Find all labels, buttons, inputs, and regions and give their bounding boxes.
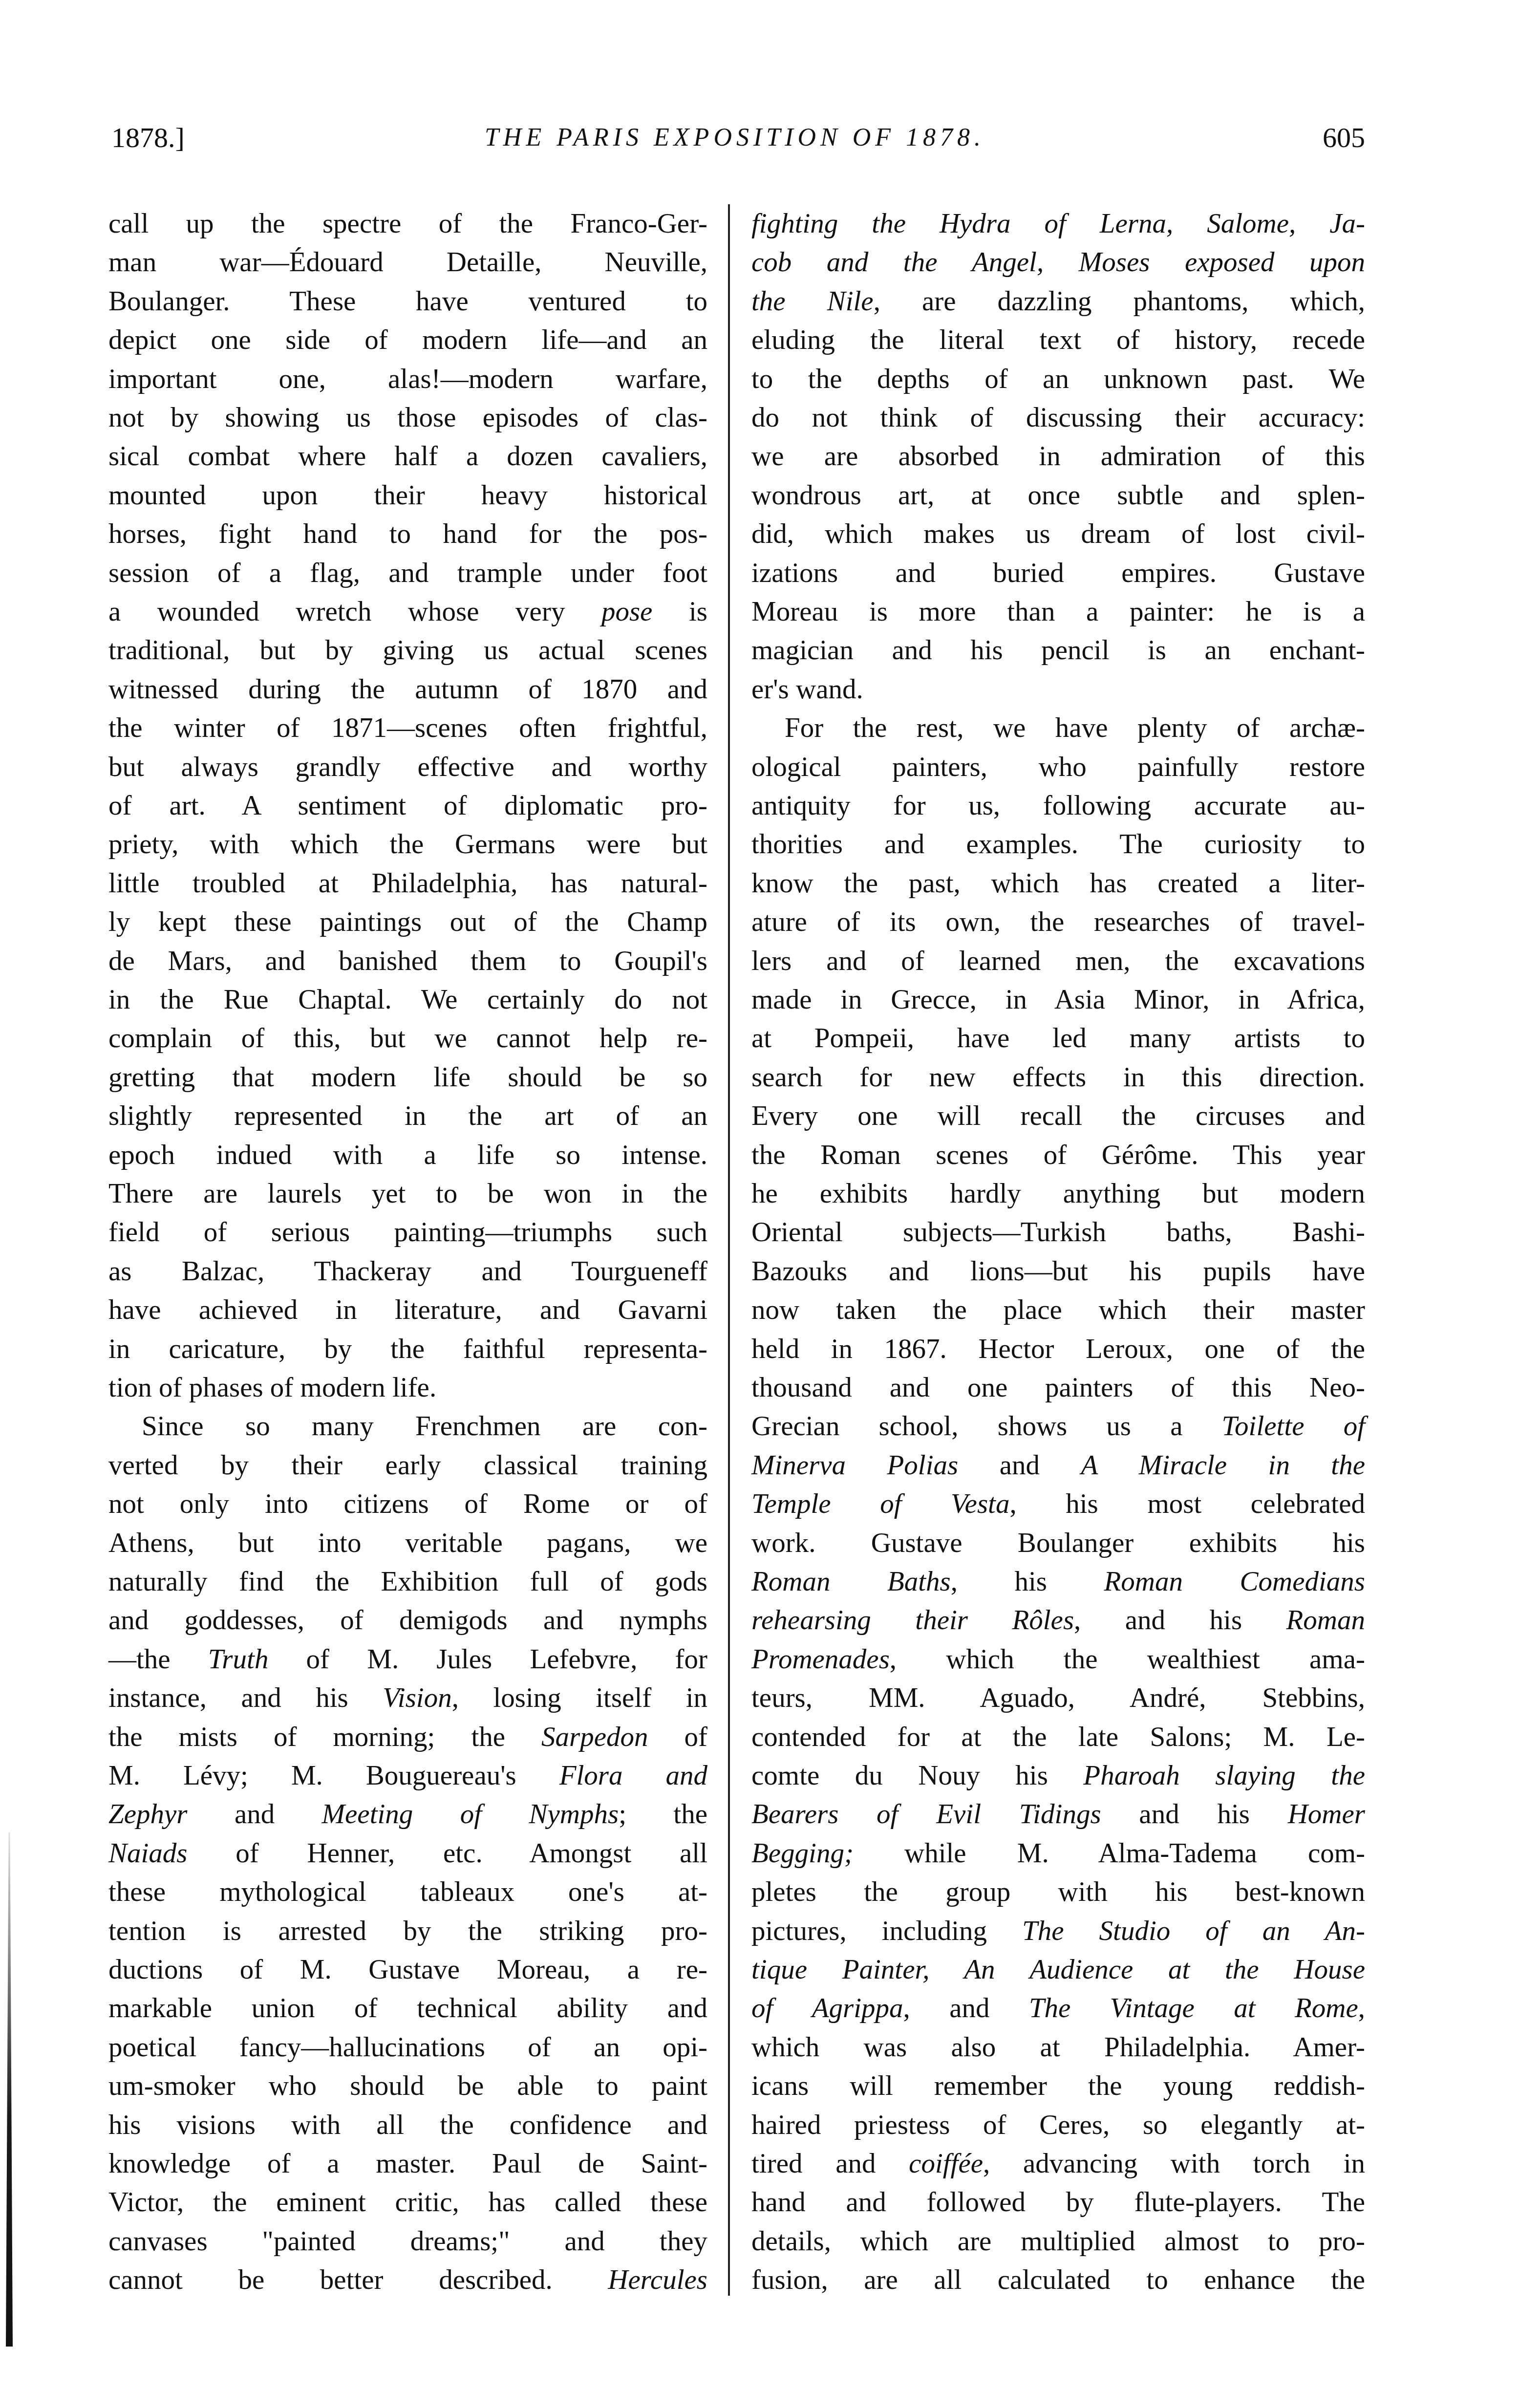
scan-edge-shadow [6, 1832, 13, 2347]
text-line: witnessed during the autumn of 1870 and [108, 670, 707, 709]
text-line: ly kept these paintings out of the Champ [108, 903, 707, 941]
text-run: field of serious painting—triumphs such [108, 1217, 707, 1248]
text-line: work. Gustave Boulanger exhibits his [751, 1524, 1365, 1562]
italic-title: Vision [383, 1682, 451, 1713]
text-line: fusion, are all calculated to enhance th… [751, 2261, 1365, 2299]
text-run: , and his [1074, 1605, 1286, 1636]
text-line: magician and his pencil is an enchant- [751, 631, 1365, 669]
text-line: comte du Nouy his Pharoah slaying the [751, 1756, 1365, 1795]
text-line: er's wand. [751, 670, 1365, 709]
text-line: sical combat where half a dozen cavalier… [108, 437, 707, 475]
text-line: Minerva Polias and A Miracle in the [751, 1446, 1365, 1485]
text-run: now taken the place which their master [751, 1294, 1365, 1325]
text-run: ature of its own, the researches of trav… [751, 906, 1365, 937]
text-line: Oriental subjects—Turkish baths, Bashi- [751, 1213, 1365, 1251]
text-run: sical combat where half a dozen cavalier… [108, 441, 707, 472]
text-line: held in 1867. Hector Leroux, one of the [751, 1330, 1365, 1368]
text-line: man war—Édouard Detaille, Neuville, [108, 243, 707, 281]
text-line: um-smoker who should be able to paint [108, 2067, 707, 2105]
text-line: eluding the literal text of history, rec… [751, 321, 1365, 359]
text-line: Promenades, which the wealthiest ama- [751, 1640, 1365, 1679]
text-run: his visions with all the confidence and [108, 2110, 707, 2140]
text-run: work. Gustave Boulanger exhibits his [751, 1528, 1365, 1558]
text-run: —the [108, 1644, 208, 1675]
text-line: rehearsing their Rôles, and his Roman [751, 1601, 1365, 1639]
text-run: , advancing with torch in [983, 2148, 1365, 2179]
text-run: instance, and his [108, 1682, 383, 1713]
text-run: a wounded wretch whose very [108, 596, 601, 627]
text-line: complain of this, but we cannot help re- [108, 1019, 707, 1057]
italic-title: of Agrippa [751, 1993, 903, 2024]
text-line: these mythological tableaux one's at- [108, 1873, 707, 1911]
text-line: hand and followed by flute-players. The [751, 2183, 1365, 2221]
text-line: lers and of learned men, the excavations [751, 942, 1365, 980]
text-run: depict one side of modern life—and an [108, 324, 707, 355]
text-line: as Balzac, Thackeray and Tourgueneff [108, 1252, 707, 1291]
text-run: and [187, 1799, 321, 1830]
text-line: field of serious painting—triumphs such [108, 1213, 707, 1251]
text-run: which was also at Philadelphia. Amer- [751, 2032, 1365, 2063]
text-run: priety, with which the Germans were but [108, 829, 707, 860]
text-line: Since so many Frenchmen are con- [108, 1407, 707, 1445]
text-run: er's wand. [751, 674, 863, 705]
text-run: slightly represented in the art of an [108, 1100, 707, 1131]
text-run: held in 1867. Hector Leroux, one of the [751, 1334, 1365, 1364]
text-line: knowledge of a master. Paul de Saint- [108, 2144, 707, 2183]
italic-title: fighting the Hydra of Lerna, Salome, Ja- [751, 208, 1365, 239]
italic-title: rehearsing their Rôles [751, 1605, 1074, 1636]
text-run: gretting that modern life should be so [108, 1062, 707, 1093]
text-run: pletes the group with his best-known [751, 1876, 1365, 1907]
italic-title: The Studio of an An- [1022, 1916, 1365, 1946]
italic-title: Begging; [751, 1838, 854, 1869]
text-run: Moreau is more than a painter: he is a [751, 596, 1365, 627]
text-line: did, which makes us dream of lost civil- [751, 515, 1365, 553]
italic-title: Roman Baths [751, 1566, 951, 1597]
text-run: traditional, but by giving us actual sce… [108, 635, 707, 666]
text-line: a wounded wretch whose very pose is [108, 592, 707, 631]
text-run: do not think of discussing their accurac… [751, 402, 1365, 433]
text-run: the mists of morning; the [108, 1722, 541, 1752]
text-line: Boulanger. These have ventured to [108, 282, 707, 321]
text-run: teurs, MM. Aguado, André, Stebbins, [751, 1682, 1365, 1713]
italic-title: Roman [1286, 1605, 1365, 1636]
text-run: not by showing us those episodes of clas… [108, 402, 707, 433]
text-run: um-smoker who should be able to paint [108, 2070, 707, 2101]
text-line: Victor, the eminent critic, has called t… [108, 2183, 707, 2221]
italic-title: The Vintage at Rome [1029, 1993, 1358, 2024]
text-run: he exhibits hardly anything but modern [751, 1178, 1365, 1209]
text-line: not by showing us those episodes of clas… [108, 398, 707, 437]
text-line: ological painters, who painfully restore [751, 748, 1365, 786]
text-run: but always grandly effective and worthy [108, 752, 707, 782]
text-run: contended for at the late Salons; M. Le- [751, 1722, 1365, 1752]
text-run: wondrous art, at once subtle and splen- [751, 480, 1365, 511]
text-run: complain of this, but we cannot help re- [108, 1023, 707, 1054]
text-run: poetical fancy—hallucinations of an opi- [108, 2032, 707, 2063]
text-line: Grecian school, shows us a Toilette of [751, 1407, 1365, 1445]
text-line: of art. A sentiment of diplomatic pro- [108, 786, 707, 825]
text-line: Moreau is more than a painter: he is a [751, 592, 1365, 631]
text-run: not only into citizens of Rome or of [108, 1488, 707, 1519]
text-line: contended for at the late Salons; M. Le- [751, 1718, 1365, 1756]
text-run: important one, alas!—modern warfare, [108, 364, 707, 394]
italic-title: Naiads [108, 1838, 188, 1869]
text-run: haired priestess of Ceres, so elegantly … [751, 2110, 1365, 2140]
text-line: teurs, MM. Aguado, André, Stebbins, [751, 1679, 1365, 1717]
text-run: know the past, which has created a liter… [751, 868, 1365, 899]
text-run: cannot be better described. [108, 2264, 608, 2295]
italic-title: Roman Comedians [1104, 1566, 1365, 1597]
text-run: Athens, but into veritable pagans, we [108, 1528, 707, 1558]
text-line: poetical fancy—hallucinations of an opi- [108, 2028, 707, 2067]
italic-title: Bearers of Evil Tidings [751, 1799, 1101, 1830]
italic-title: Toilette of [1222, 1411, 1365, 1442]
text-run: naturally find the Exhibition full of go… [108, 1566, 707, 1597]
text-line: cannot be better described. Hercules [108, 2261, 707, 2299]
text-line: gretting that modern life should be so [108, 1058, 707, 1097]
text-line: M. Lévy; M. Bouguereau's Flora and [108, 1756, 707, 1795]
italic-title: Sarpedon [541, 1722, 648, 1752]
text-run: , losing itself in [452, 1682, 707, 1713]
text-run: Victor, the eminent critic, has called t… [108, 2187, 707, 2218]
text-run: to the depths of an unknown past. We [751, 364, 1365, 394]
text-line: important one, alas!—modern warfare, [108, 360, 707, 398]
text-line: horses, fight hand to hand for the pos- [108, 515, 707, 553]
text-run: search for new effects in this direction… [751, 1062, 1365, 1093]
page-number: 605 [1312, 123, 1365, 152]
text-line: have achieved in literature, and Gavarni [108, 1291, 707, 1329]
text-run: horses, fight hand to hand for the pos- [108, 518, 707, 549]
text-line: the Roman scenes of Gérôme. This year [751, 1136, 1365, 1174]
text-run: Grecian school, shows us a [751, 1411, 1222, 1442]
text-line: Roman Baths, his Roman Comedians [751, 1562, 1365, 1601]
text-run: , are dazzling phantoms, which, [874, 286, 1365, 317]
text-run: izations and buried empires. Gustave [751, 558, 1365, 588]
text-run: in caricature, by the faithful represent… [108, 1334, 707, 1364]
text-run: of art. A sentiment of diplomatic pro- [108, 790, 707, 821]
text-run: , which the wealthiest ama- [890, 1644, 1365, 1675]
text-line: do not think of discussing their accurac… [751, 398, 1365, 437]
text-line: little troubled at Philadelphia, has nat… [108, 864, 707, 903]
text-line: wondrous art, at once subtle and splen- [751, 476, 1365, 515]
text-run: and [958, 1450, 1081, 1481]
text-run: Bazouks and lions—but his pupils have [751, 1256, 1365, 1287]
text-run: is [652, 596, 707, 627]
text-run: tion of phases of modern life. [108, 1372, 436, 1403]
text-line: depict one side of modern life—and an [108, 321, 707, 359]
italic-title: Meeting of Nymphs [322, 1799, 619, 1830]
column-divider [728, 204, 730, 2296]
text-line: Zephyr and Meeting of Nymphs; the [108, 1795, 707, 1833]
text-line: markable union of technical ability and [108, 1989, 707, 2027]
text-run: knowledge of a master. Paul de Saint- [108, 2148, 707, 2179]
text-run: have achieved in literature, and Gavarni [108, 1294, 707, 1325]
italic-title: Flora and [559, 1760, 707, 1791]
text-run: thousand and one painters of this Neo- [751, 1372, 1365, 1403]
text-run: For the rest, we have plenty of archæ- [785, 712, 1365, 743]
text-run: de Mars, and banished them to Goupil's [108, 946, 707, 976]
text-line: Bazouks and lions—but his pupils have [751, 1252, 1365, 1291]
text-run: magician and his pencil is an enchant- [751, 635, 1365, 666]
text-line: Temple of Vesta, his most celebrated [751, 1485, 1365, 1523]
italic-title: Temple of Vesta [751, 1488, 1009, 1519]
text-line: thousand and one painters of this Neo- [751, 1368, 1365, 1407]
italic-title: A Miracle in the [1081, 1450, 1365, 1481]
text-line: in the Rue Chaptal. We certainly do not [108, 980, 707, 1019]
text-run: antiquity for us, following accurate au- [751, 790, 1365, 821]
text-line: ductions of M. Gustave Moreau, a re- [108, 1950, 707, 1989]
text-run: M. Lévy; M. Bouguereau's [108, 1760, 559, 1791]
text-run: , and [903, 1993, 1029, 2024]
text-run: of Henner, etc. Amongst all [188, 1838, 707, 1869]
text-line: —the Truth of M. Jules Lefebvre, for [108, 1640, 707, 1679]
text-line: Athens, but into veritable pagans, we [108, 1524, 707, 1562]
text-line: izations and buried empires. Gustave [751, 554, 1365, 592]
text-run: ly kept these paintings out of the Champ [108, 906, 707, 937]
text-line: Begging; while M. Alma-Tadema com- [751, 1834, 1365, 1873]
text-run: the Roman scenes of Gérôme. This year [751, 1140, 1365, 1170]
italic-title: tique Painter, An Audience at the House [751, 1954, 1365, 1985]
text-line: de Mars, and banished them to Goupil's [108, 942, 707, 980]
text-line: thorities and examples. The curiosity to [751, 825, 1365, 863]
text-line: details, which are multiplied almost to … [751, 2222, 1365, 2261]
text-run: did, which makes us dream of lost civil- [751, 518, 1365, 549]
text-run: , [1358, 1993, 1365, 2024]
text-line: Naiads of Henner, etc. Amongst all [108, 1834, 707, 1873]
text-run: little troubled at Philadelphia, has nat… [108, 868, 707, 899]
text-line: pletes the group with his best-known [751, 1873, 1365, 1911]
text-line: at Pompeii, have led many artists to [751, 1019, 1365, 1057]
header-year: 1878.] [111, 123, 185, 152]
text-line: but always grandly effective and worthy [108, 748, 707, 786]
italic-title: Pharoah slaying the [1083, 1760, 1365, 1791]
text-run: call up the spectre of the Franco-Ger- [108, 208, 707, 239]
text-line: search for new effects in this direction… [751, 1058, 1365, 1097]
text-line: tique Painter, An Audience at the House [751, 1950, 1365, 1989]
text-line: to the depths of an unknown past. We [751, 360, 1365, 398]
text-run: canvases "painted dreams;" and they [108, 2226, 707, 2257]
text-run: ductions of M. Gustave Moreau, a re- [108, 1954, 707, 1985]
text-run: There are laurels yet to be won in the [108, 1178, 707, 1209]
text-line: priety, with which the Germans were but [108, 825, 707, 863]
text-run: of [648, 1722, 707, 1752]
text-line: not only into citizens of Rome or of [108, 1485, 707, 1523]
text-run: tired and [751, 2148, 909, 2179]
text-line: mounted upon their heavy historical [108, 476, 707, 515]
text-run: details, which are multiplied almost to … [751, 2226, 1365, 2257]
text-line: the Nile, are dazzling phantoms, which, [751, 282, 1365, 321]
text-run: while M. Alma-Tadema com- [854, 1838, 1365, 1869]
italic-title: coiffée [909, 2148, 983, 2179]
text-line: icans will remember the young reddish- [751, 2067, 1365, 2105]
italic-title: Promenades [751, 1644, 890, 1675]
text-line: instance, and his Vision, losing itself … [108, 1679, 707, 1717]
header-title: THE PARIS EXPOSITION OF 1878. [426, 123, 1044, 152]
text-line: and goddesses, of demigods and nymphs [108, 1601, 707, 1639]
text-run: Oriental subjects—Turkish baths, Bashi- [751, 1217, 1365, 1248]
text-line: session of a flag, and trample under foo… [108, 554, 707, 592]
italic-title: Minerva Polias [751, 1450, 958, 1481]
text-line: call up the spectre of the Franco-Ger- [108, 204, 707, 243]
text-run: and his [1101, 1799, 1288, 1830]
text-line: which was also at Philadelphia. Amer- [751, 2028, 1365, 2067]
text-run: , his most celebrated [1009, 1488, 1365, 1519]
text-run: lers and of learned men, the excavations [751, 946, 1365, 976]
italic-title: Homer [1288, 1799, 1365, 1830]
text-line: haired priestess of Ceres, so elegantly … [751, 2106, 1365, 2144]
text-run: these mythological tableaux one's at- [108, 1876, 707, 1907]
text-line: he exhibits hardly anything but modern [751, 1174, 1365, 1213]
text-line: the winter of 1871—scenes often frightfu… [108, 709, 707, 747]
text-run: hand and followed by flute-players. The [751, 2187, 1365, 2218]
text-run: verted by their early classical training [108, 1450, 707, 1481]
text-line: we are absorbed in admiration of this [751, 437, 1365, 475]
text-run: of M. Jules Lefebvre, for [268, 1644, 707, 1675]
text-line: made in Grecce, in Asia Minor, in Africa… [751, 980, 1365, 1019]
text-line: in caricature, by the faithful represent… [108, 1330, 707, 1368]
text-run: and goddesses, of demigods and nymphs [108, 1605, 707, 1636]
italic-title: Hercules [608, 2264, 707, 2295]
italic-title: Zephyr [108, 1799, 187, 1830]
text-run: markable union of technical ability and [108, 1993, 707, 2024]
text-run: icans will remember the young reddish- [751, 2070, 1365, 2101]
italic-title: pose [601, 596, 652, 627]
text-line: tion of phases of modern life. [108, 1368, 707, 1407]
text-run: tention is arrested by the striking pro- [108, 1916, 707, 1946]
text-line: the mists of morning; the Sarpedon of [108, 1718, 707, 1756]
text-line: tention is arrested by the striking pro- [108, 1912, 707, 1950]
text-run: we are absorbed in admiration of this [751, 441, 1365, 472]
text-run: Boulanger. These have ventured to [108, 286, 707, 317]
text-run: epoch indued with a life so intense. [108, 1140, 707, 1170]
text-run: man war—Édouard Detaille, Neuville, [108, 247, 707, 278]
text-run: comte du Nouy his [751, 1760, 1083, 1791]
text-run: at Pompeii, have led many artists to [751, 1023, 1365, 1054]
text-line: of Agrippa, and The Vintage at Rome, [751, 1989, 1365, 2027]
italic-title: cob and the Angel, Moses exposed upon [751, 247, 1365, 278]
text-run: Every one will recall the circuses and [751, 1100, 1365, 1131]
text-run: eluding the literal text of history, rec… [751, 324, 1365, 355]
text-run: thorities and examples. The curiosity to [751, 829, 1365, 860]
text-line: Every one will recall the circuses and [751, 1097, 1365, 1135]
text-line: now taken the place which their master [751, 1291, 1365, 1329]
text-run: Since so many Frenchmen are con- [142, 1411, 707, 1442]
text-line: For the rest, we have plenty of archæ- [751, 709, 1365, 747]
text-line: know the past, which has created a liter… [751, 864, 1365, 903]
text-run: fusion, are all calculated to enhance th… [751, 2264, 1365, 2295]
text-line: verted by their early classical training [108, 1446, 707, 1485]
italic-title: Truth [208, 1644, 269, 1675]
text-run: mounted upon their heavy historical [108, 480, 707, 511]
text-line: canvases "painted dreams;" and they [108, 2222, 707, 2261]
text-run: made in Grecce, in Asia Minor, in Africa… [751, 984, 1365, 1015]
text-line: his visions with all the confidence and [108, 2106, 707, 2144]
text-run: in the Rue Chaptal. We certainly do not [108, 984, 707, 1015]
text-line: naturally find the Exhibition full of go… [108, 1562, 707, 1601]
text-line: ature of its own, the researches of trav… [751, 903, 1365, 941]
text-line: tired and coiffée, advancing with torch … [751, 2144, 1365, 2183]
text-run: as Balzac, Thackeray and Tourgueneff [108, 1256, 707, 1287]
text-run: ; the [619, 1799, 707, 1830]
text-line: pictures, including The Studio of an An- [751, 1912, 1365, 1950]
text-run: session of a flag, and trample under foo… [108, 558, 707, 588]
text-run: the winter of 1871—scenes often frightfu… [108, 712, 707, 743]
text-line: fighting the Hydra of Lerna, Salome, Ja- [751, 204, 1365, 243]
text-line: There are laurels yet to be won in the [108, 1174, 707, 1213]
text-line: slightly represented in the art of an [108, 1097, 707, 1135]
text-run: witnessed during the autumn of 1870 and [108, 674, 707, 705]
text-line: epoch indued with a life so intense. [108, 1136, 707, 1174]
text-line: cob and the Angel, Moses exposed upon [751, 243, 1365, 281]
text-run: pictures, including [751, 1916, 1022, 1946]
text-line: Bearers of Evil Tidings and his Homer [751, 1795, 1365, 1833]
text-run: ological painters, who painfully restore [751, 752, 1365, 782]
text-run: , his [951, 1566, 1104, 1597]
text-line: antiquity for us, following accurate au- [751, 786, 1365, 825]
italic-title: the Nile [751, 286, 874, 317]
text-line: traditional, but by giving us actual sce… [108, 631, 707, 669]
